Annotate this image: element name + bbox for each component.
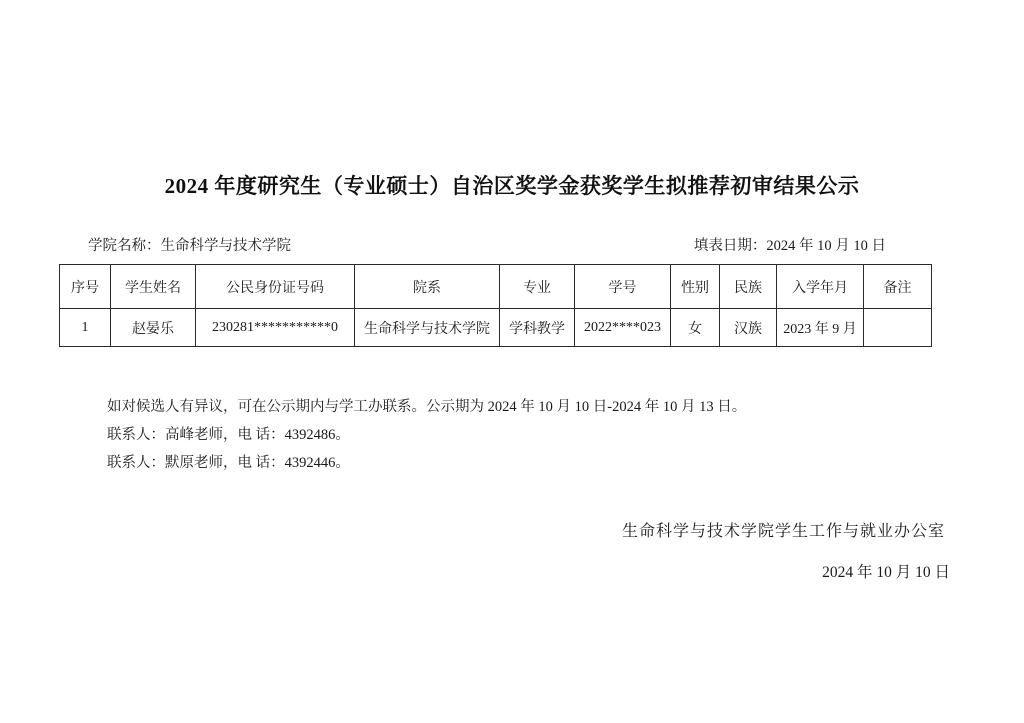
header-cell-enrollment-date: 入学年月 [777, 265, 864, 309]
signature-date: 2024 年 10 月 10 日 [0, 562, 1024, 584]
cell-gender: 女 [671, 309, 720, 347]
cell-student-no: 2022****023 [575, 309, 671, 347]
form-date-label: 填表日期：2024 年 10 月 10 日 [694, 234, 886, 255]
header-cell-student-name: 学生姓名 [111, 265, 196, 309]
college-name-label: 学院名称：生命科学与技术学院 [88, 234, 291, 255]
cell-remarks [864, 309, 932, 347]
objection-note: 如对候选人有异议，可在公示期内与学工办联系。公示期为 2024 年 10 月 1… [107, 393, 931, 421]
page-title: 2024 年度研究生（专业硕士）自治区奖学金获奖学生拟推荐初审结果公示 [0, 170, 1024, 200]
cell-student-name: 赵晏乐 [111, 309, 196, 347]
cell-major: 学科教学 [500, 309, 575, 347]
contact-line-1: 联系人：高峰老师，电 话：4392486。 [107, 421, 931, 449]
cell-ethnicity: 汉族 [720, 309, 777, 347]
table-row: 1 赵晏乐 230281***********0 生命科学与技术学院 学科教学 … [60, 309, 932, 347]
header-cell-seq: 序号 [60, 265, 111, 309]
header-cell-remarks: 备注 [864, 265, 932, 309]
document-body: 学院名称：生命科学与技术学院 填表日期：2024 年 10 月 10 日 序号 … [59, 234, 931, 477]
contact-line-2: 联系人：默原老师，电 话：4392446。 [107, 449, 931, 477]
header-cell-major: 专业 [500, 265, 575, 309]
header-cell-id-number: 公民身份证号码 [196, 265, 355, 309]
cell-seq: 1 [60, 309, 111, 347]
table-header-row: 序号 学生姓名 公民身份证号码 院系 专业 学号 性别 民族 入学年月 备注 [60, 265, 932, 309]
header-cell-ethnicity: 民族 [720, 265, 777, 309]
issuing-office: 生命科学与技术学院学生工作与就业办公室 [0, 520, 1024, 544]
cell-enrollment-date: 2023 年 9 月 [777, 309, 864, 347]
header-cell-department: 院系 [355, 265, 500, 309]
signature-block: 生命科学与技术学院学生工作与就业办公室 2024 年 10 月 10 日 [0, 520, 1024, 584]
cell-department: 生命科学与技术学院 [355, 309, 500, 347]
notes-block: 如对候选人有异议，可在公示期内与学工办联系。公示期为 2024 年 10 月 1… [59, 393, 931, 477]
info-row: 学院名称：生命科学与技术学院 填表日期：2024 年 10 月 10 日 [59, 234, 931, 255]
cell-id-number: 230281***********0 [196, 309, 355, 347]
header-cell-gender: 性别 [671, 265, 720, 309]
header-cell-student-no: 学号 [575, 265, 671, 309]
results-table: 序号 学生姓名 公民身份证号码 院系 专业 学号 性别 民族 入学年月 备注 1… [59, 264, 932, 347]
